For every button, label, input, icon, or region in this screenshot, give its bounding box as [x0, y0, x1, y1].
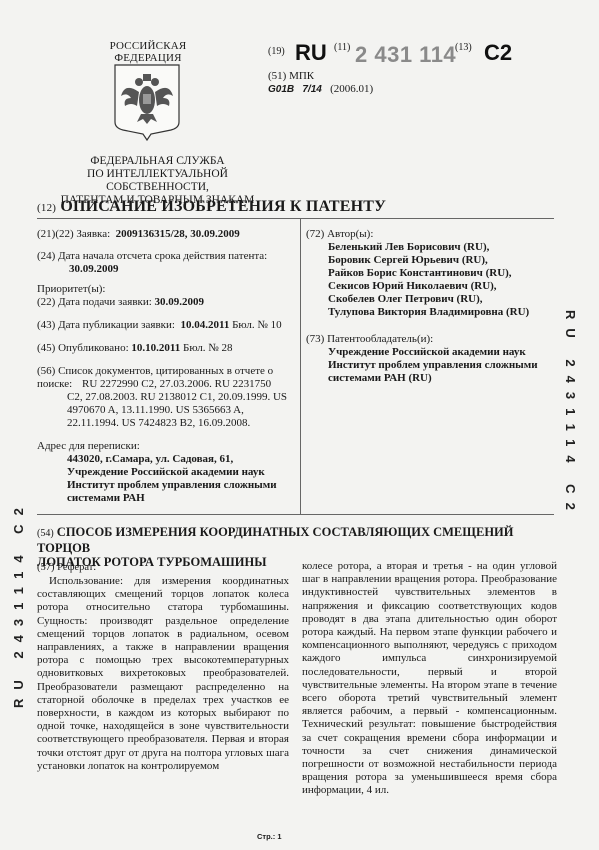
field-value: 10.10.2011 — [131, 342, 180, 354]
patent-number: 2 431 114 — [355, 42, 456, 68]
publication-field: (43) Дата публикации заявки: 10.04.2011 … — [37, 319, 282, 332]
agency-line: ПО ИНТЕЛЛЕКТУАЛЬНОЙ СОБСТВЕННОСТИ, — [40, 168, 275, 194]
published-field: (45) Опубликовано: 10.10.2011 Бюл. № 28 — [37, 342, 233, 355]
address-line: 443020, г.Самара, ул. Садовая, 61, — [67, 453, 233, 465]
field-value: 10.04.2011 — [180, 319, 229, 331]
field-label: (21)(22) Заявка: — [37, 228, 110, 240]
code-11: (11) — [334, 42, 350, 53]
address-line: Институт проблем управления сложными — [67, 479, 277, 491]
authors-field: (72) Автор(ы): Беленький Лев Борисович (… — [306, 228, 556, 319]
author: Боровик Сергей Юрьевич (RU), — [328, 254, 488, 266]
abstract-column-2: колесе ротора, а вторая и третья - на од… — [302, 560, 557, 798]
ipc-label: (51) МПК — [268, 70, 314, 82]
author: Скобелев Олег Петрович (RU), — [328, 293, 483, 305]
field-label: (72) Автор(ы): — [306, 228, 556, 241]
title-line: СПОСОБ ИЗМЕРЕНИЯ КООРДИНАТНЫХ СОСТАВЛЯЮЩ… — [37, 525, 514, 555]
side-code-right: RU 2431114 C2 — [563, 310, 578, 519]
field-label: (43) Дата публикации заявки: — [37, 319, 175, 331]
term-start-field: (24) Дата начала отсчета срока действия … — [37, 250, 292, 276]
holder-line: Институт проблем управления сложными — [328, 359, 538, 371]
ipc-group: 7/14 — [302, 84, 321, 95]
doc-title-text: ОПИСАНИЕ ИЗОБРЕТЕНИЯ К ПАТЕНТУ — [60, 198, 386, 215]
field-label: (24) Дата начала отсчета срока действия … — [37, 250, 292, 263]
ipc-class: G01B — [268, 84, 294, 95]
doc-title-code: (12) — [37, 202, 56, 214]
field-value: 30.09.2009 — [69, 263, 119, 275]
field-label: (45) Опубликовано: — [37, 342, 129, 354]
patent-holder-field: (73) Патентообладатель(и): Учреждение Ро… — [306, 333, 556, 385]
citations-field: (56) Список документов, цитированных в о… — [37, 365, 295, 430]
field-label: (22) Дата подачи заявки: — [37, 296, 152, 308]
abstract-label: (57) Реферат: — [37, 562, 96, 573]
document-title: (12) ОПИСАНИЕ ИЗОБРЕТЕНИЯ К ПАТЕНТУ — [37, 198, 386, 216]
kind-code: C2 — [484, 40, 512, 66]
side-code-left: RU 2431114 C2 — [11, 499, 26, 708]
field-value: 30.09.2009 — [155, 296, 205, 308]
country-name: РОССИЙСКАЯ ФЕДЕРАЦИЯ — [78, 40, 218, 64]
code-19: (19) — [268, 46, 285, 57]
ipc-version: (2006.01) — [330, 83, 373, 95]
country-code: RU — [295, 40, 327, 66]
divider — [37, 218, 554, 219]
holder-line: системами РАН (RU) — [328, 372, 432, 384]
field-label: Адрес для переписки: — [37, 440, 295, 453]
code-13: (13) — [455, 42, 472, 53]
citation-line: 4970670 A, 13.11.1990. US 5365663 A, — [37, 404, 295, 417]
ipc-classification: G01B 7/14 (2006.01) — [268, 83, 373, 95]
divider — [37, 514, 554, 515]
application-field: (21)(22) Заявка: 2009136315/28, 30.09.20… — [37, 228, 240, 241]
citation-line: RU 2272990 C2, 27.03.2006. RU 2231750 — [82, 378, 271, 391]
abstract-text: Использование: для измерения координатны… — [37, 575, 289, 773]
page-number: Стр.: 1 — [257, 832, 282, 841]
citation-line: C2, 27.08.2003. RU 2138012 C1, 20.09.199… — [37, 391, 295, 404]
coat-of-arms-emblem-icon — [111, 62, 183, 142]
holder-line: Учреждение Российской академии наук — [328, 346, 526, 358]
address-field: Адрес для переписки: 443020, г.Самара, у… — [37, 440, 295, 505]
address-line: Учреждение Российской академии наук — [67, 466, 265, 478]
field-label: (73) Патентообладатель(и): — [306, 333, 556, 346]
filing-date-field: (22) Дата подачи заявки: 30.09.2009 — [37, 296, 204, 309]
agency-line: ФЕДЕРАЛЬНАЯ СЛУЖБА — [40, 155, 275, 168]
title-code: (54) — [37, 528, 54, 539]
address-line: системами РАН — [67, 492, 145, 504]
author: Беленький Лев Борисович (RU), — [328, 241, 489, 253]
author: Тулупова Виктория Владимировна (RU) — [328, 306, 529, 318]
abstract-text: колесе ротора, а вторая и третья - на од… — [302, 560, 557, 798]
bulletin: Бюл. № 28 — [183, 342, 233, 354]
author: Секисов Юрий Николаевич (RU), — [328, 280, 497, 292]
abstract-column-1: Использование: для измерения координатны… — [37, 575, 289, 773]
author: Райков Борис Константинович (RU), — [328, 267, 512, 279]
column-divider — [300, 219, 301, 515]
citation-line: 22.11.1994. US 7424823 B2, 16.09.2008. — [37, 417, 295, 430]
priority-label: Приоритет(ы): — [37, 283, 106, 296]
field-value: 2009136315/28, 30.09.2009 — [116, 228, 240, 240]
bulletin: Бюл. № 10 — [232, 319, 282, 331]
